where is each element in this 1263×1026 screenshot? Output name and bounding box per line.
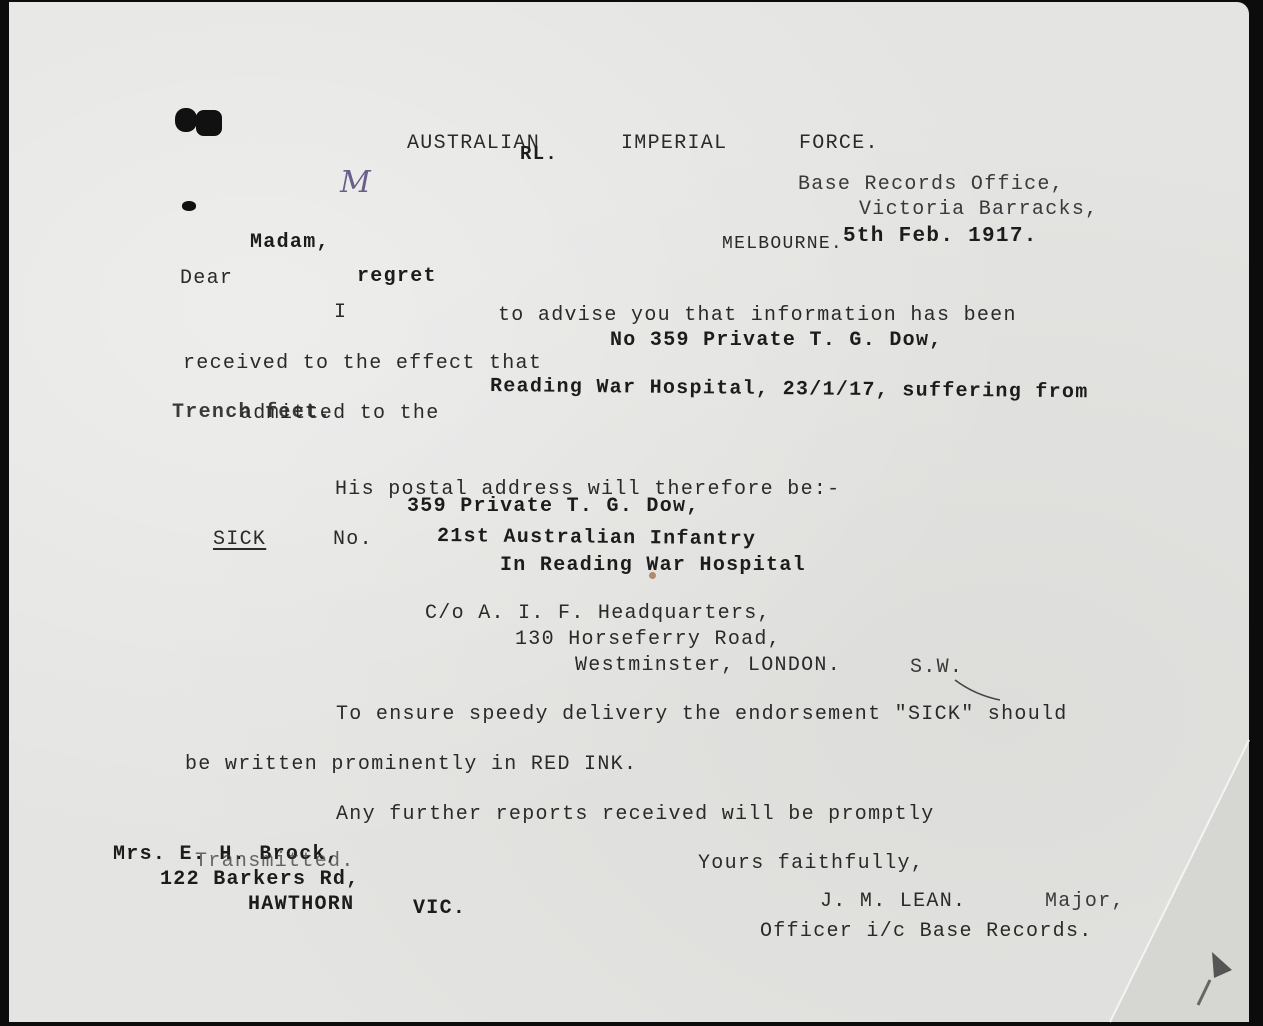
recipient-suburb: HAWTHORN [248, 895, 354, 915]
signatory-rank: Major, [1045, 892, 1125, 912]
address-line-5: 130 Horseferry Road, [515, 630, 781, 650]
punch-hole-upper [175, 108, 197, 132]
sick-label: SICK [213, 530, 266, 550]
endorsement-line-1: To ensure speedy delivery the endorsemen… [336, 705, 1068, 725]
signatory-title: Officer i/c Base Records. [760, 922, 1093, 942]
address-line-4: C/o A. I. F. Headquarters, [425, 604, 771, 624]
signatory-name: J. M. LEAN. [820, 892, 966, 912]
address-line-2: 21st Australian Infantry [437, 527, 756, 550]
salutation-dear: Dear [180, 269, 233, 289]
further-reports-line: Any further reports received will be pro… [336, 805, 935, 825]
office-line-3: MELBOURNE. [722, 235, 843, 253]
body-line-1: to advise you that information has been [498, 306, 1017, 326]
header-title-imperial: IMPERIAL [621, 134, 727, 154]
header-title-insert: RL. [520, 145, 558, 164]
address-line-6-suffix: S.W. [910, 658, 963, 678]
body-insert-regret: regret [357, 267, 437, 287]
punch-hole-lower [182, 201, 196, 211]
address-line-1: 359 Private T. G. Dow, [407, 497, 700, 517]
header-title-force: FORCE. [799, 134, 879, 154]
body-pronoun: I [334, 303, 347, 323]
closing: Yours faithfully, [698, 854, 924, 874]
no-label: No. [333, 530, 373, 550]
body-soldier-insert: No 359 Private T. G. Dow, [610, 331, 943, 351]
recipient-street: 122 Barkers Rd, [160, 870, 360, 890]
body-line-3: admitted to the [240, 404, 440, 424]
office-line-1: Base Records Office, [798, 175, 1064, 195]
punch-hole-upper-2 [196, 110, 222, 136]
recipient-state: VIC. [413, 899, 466, 919]
body-line-2: received to the effect that [183, 354, 542, 374]
ink-spot [649, 572, 656, 579]
handwritten-initials: M [340, 165, 371, 200]
letter-date: 5th Feb. 1917. [843, 226, 1038, 247]
address-line-6: Westminster, LONDON. [575, 656, 841, 676]
office-line-2: Victoria Barracks, [859, 200, 1098, 220]
endorsement-line-2: be written prominently in RED INK. [185, 755, 637, 775]
salutation-madam: Madam, [250, 233, 330, 253]
